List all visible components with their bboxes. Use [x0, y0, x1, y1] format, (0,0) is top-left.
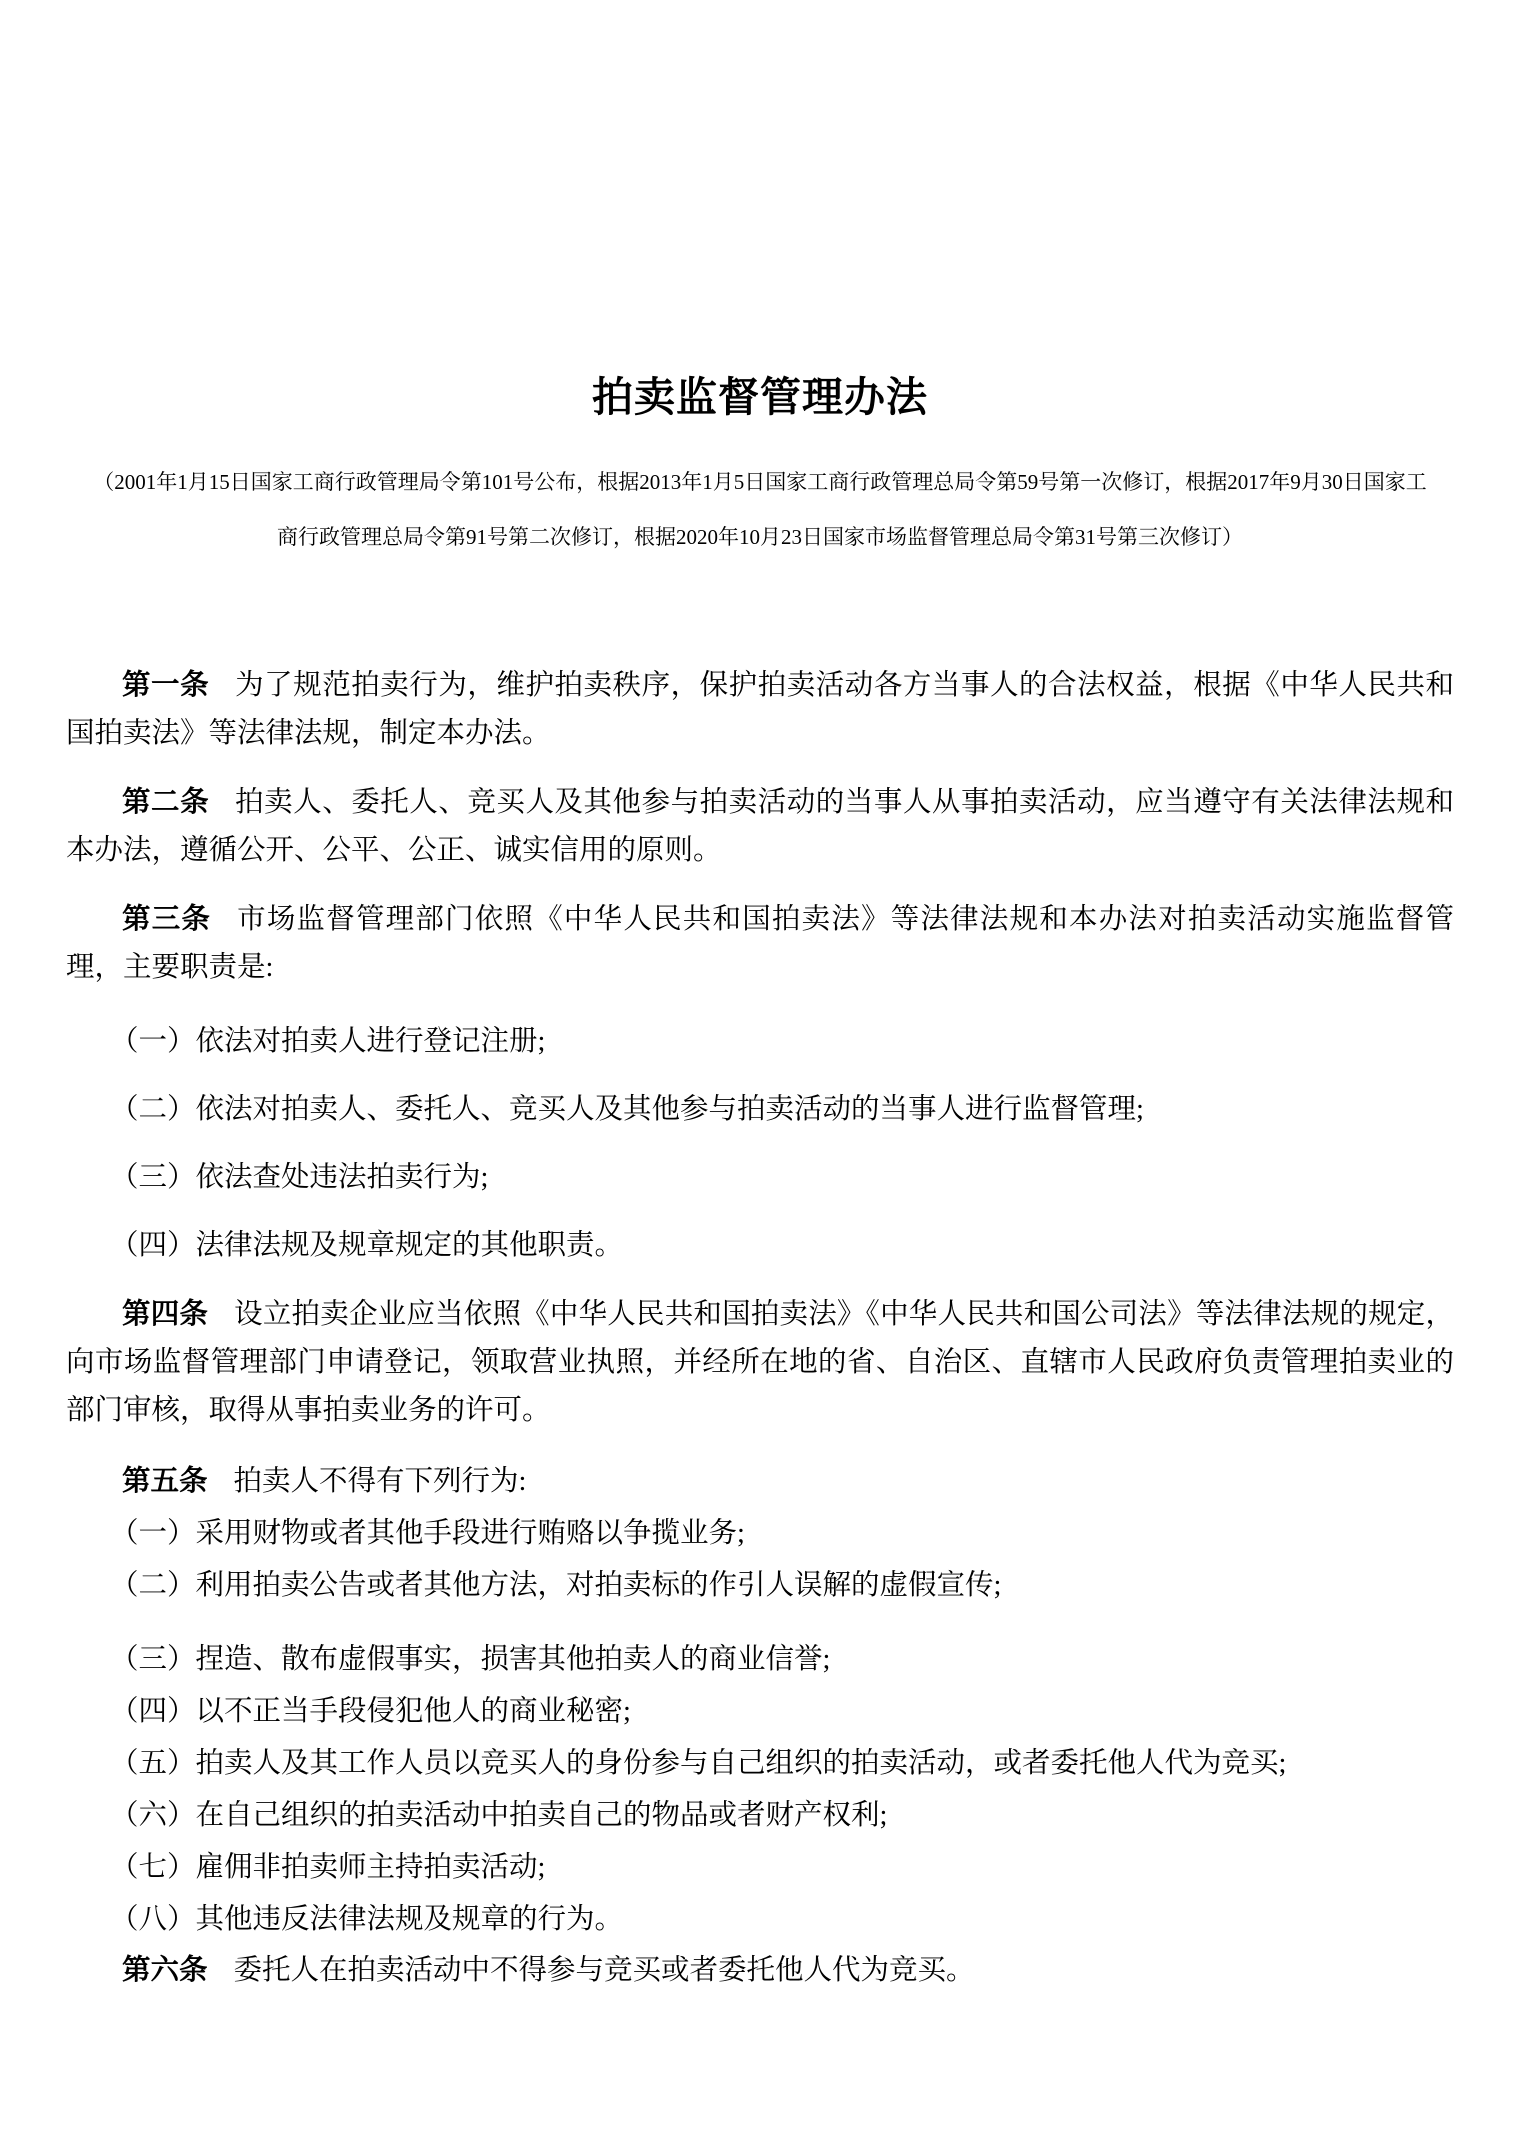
article-6-text: 委托人在拍卖活动中不得参与竞买或者委托他人代为竞买。 — [234, 1955, 975, 1986]
article-1-label: 第一条 — [122, 669, 209, 701]
article-1-text: 为了规范拍卖行为，维护拍卖秩序，保护拍卖活动各方当事人的合法权益，根据《中华人民… — [66, 670, 1454, 749]
article-6: 第六条委托人在拍卖活动中不得参与竞买或者委托他人代为竞买。 — [66, 1946, 1454, 1995]
article-2-label: 第二条 — [122, 786, 209, 818]
article-5-item-2: （二）利用拍卖公告或者其他方法，对拍卖标的作引人误解的虚假宣传; — [66, 1560, 1454, 1612]
article-5-text: 拍卖人不得有下列行为: — [234, 1466, 527, 1497]
document-page: 拍卖监督管理办法 （2001年1月15日国家工商行政管理局令第101号公布，根据… — [0, 0, 1520, 2150]
article-5-header: 第五条拍卖人不得有下列行为: — [66, 1455, 1454, 1508]
article-3: 第三条市场监督管理部门依照《中华人民共和国拍卖法》等法律法规和本办法对拍卖活动实… — [66, 895, 1454, 992]
article-4-text: 设立拍卖企业应当依照《中华人民共和国拍卖法》《中华人民共和国公司法》等法律法规的… — [66, 1299, 1454, 1426]
article-5-item-3: （三）捏造、散布虚假事实，损害其他拍卖人的商业信誉; — [66, 1634, 1454, 1686]
article-3-item-4: （四）法律法规及规章规定的其他职责。 — [66, 1222, 1454, 1270]
article-1: 第一条为了规范拍卖行为，维护拍卖秩序，保护拍卖活动各方当事人的合法权益，根据《中… — [66, 661, 1454, 758]
article-3-text: 市场监督管理部门依照《中华人民共和国拍卖法》等法律法规和本办法对拍卖活动实施监督… — [66, 904, 1454, 983]
document-title: 拍卖监督管理办法 — [66, 374, 1454, 421]
article-3-label: 第三条 — [122, 903, 211, 935]
article-5-item-7: （七）雇佣非拍卖师主持拍卖活动; — [66, 1842, 1454, 1894]
article-4: 第四条设立拍卖企业应当依照《中华人民共和国拍卖法》《中华人民共和国公司法》等法律… — [66, 1290, 1454, 1435]
article-5-item-8: （八）其他违反法律法规及规章的行为。 — [66, 1894, 1454, 1946]
article-5-label: 第五条 — [122, 1465, 208, 1497]
preamble-line-1: （2001年1月15日国家工商行政管理局令第101号公布，根据2013年1月5日… — [66, 455, 1454, 510]
article-6-label: 第六条 — [122, 1954, 208, 1986]
article-4-label: 第四条 — [122, 1298, 208, 1330]
article-3-item-3: （三）依法查处违法拍卖行为; — [66, 1154, 1454, 1202]
document-body: 第一条为了规范拍卖行为，维护拍卖秩序，保护拍卖活动各方当事人的合法权益，根据《中… — [66, 661, 1454, 1995]
article-2: 第二条拍卖人、委托人、竞买人及其他参与拍卖活动的当事人从事拍卖活动，应当遵守有关… — [66, 778, 1454, 875]
article-5-item-5: （五）拍卖人及其工作人员以竞买人的身份参与自己组织的拍卖活动，或者委托他人代为竞… — [66, 1738, 1454, 1790]
preamble: （2001年1月15日国家工商行政管理局令第101号公布，根据2013年1月5日… — [66, 455, 1454, 565]
article-5-item-1: （一）采用财物或者其他手段进行贿赂以争揽业务; — [66, 1508, 1454, 1560]
article-3-item-2: （二）依法对拍卖人、委托人、竞买人及其他参与拍卖活动的当事人进行监督管理; — [66, 1086, 1454, 1134]
article-3-item-1: （一）依法对拍卖人进行登记注册; — [66, 1018, 1454, 1066]
article-5-item-4: （四）以不正当手段侵犯他人的商业秘密; — [66, 1686, 1454, 1738]
preamble-line-2: 商行政管理总局令第91号第二次修订，根据2020年10月23日国家市场监督管理总… — [66, 510, 1454, 565]
article-5: 第五条拍卖人不得有下列行为: （一）采用财物或者其他手段进行贿赂以争揽业务; （… — [66, 1455, 1454, 1946]
article-2-text: 拍卖人、委托人、竞买人及其他参与拍卖活动的当事人从事拍卖活动，应当遵守有关法律法… — [66, 787, 1454, 866]
article-5-item-6: （六）在自己组织的拍卖活动中拍卖自己的物品或者财产权利; — [66, 1790, 1454, 1842]
document-content: 拍卖监督管理办法 （2001年1月15日国家工商行政管理局令第101号公布，根据… — [0, 0, 1520, 1995]
